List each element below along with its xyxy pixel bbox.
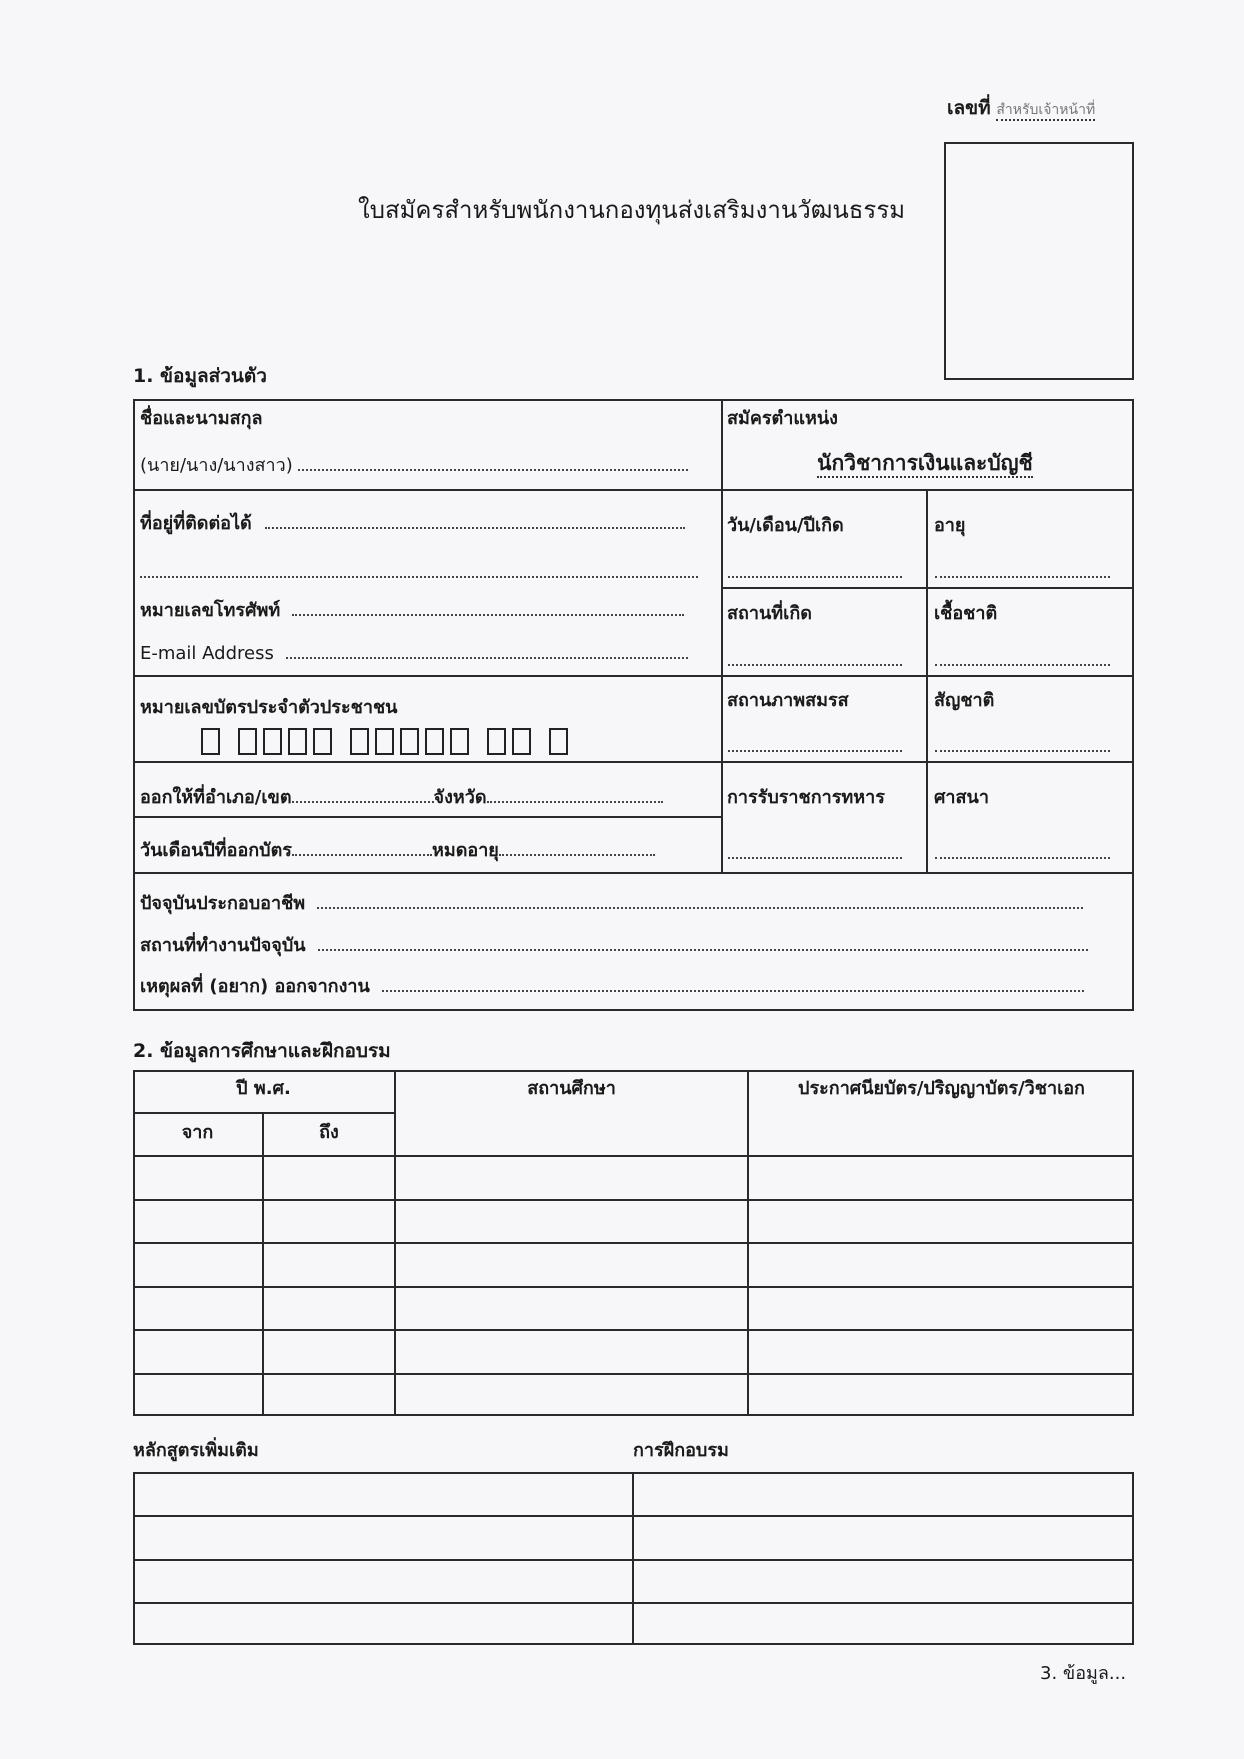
id-digit-group — [487, 728, 531, 759]
divider — [926, 490, 928, 873]
education-cell-from[interactable] — [135, 1252, 262, 1284]
issued-at-field[interactable]: ออกให้ที่อำเภอ/เขตจังหวัด — [140, 787, 663, 809]
reference-label: เลขที่ — [947, 97, 991, 119]
training-cell-training[interactable] — [634, 1567, 1134, 1600]
divider — [133, 1602, 1134, 1604]
race-label: เชื้อชาติ — [934, 603, 997, 625]
id-digit-box[interactable] — [263, 728, 282, 755]
education-cell-to[interactable] — [264, 1165, 394, 1197]
position-label: สมัครตำแหน่ง — [727, 408, 838, 430]
military-service-field[interactable] — [728, 844, 902, 863]
id-digit-box[interactable] — [313, 728, 332, 755]
education-cell-institution[interactable] — [396, 1339, 747, 1371]
education-cell-degree[interactable] — [749, 1383, 1134, 1415]
col-header-year: ปี พ.ศ. — [133, 1078, 394, 1100]
education-cell-institution[interactable] — [396, 1209, 747, 1241]
issue-date-field[interactable]: วันเดือนปีที่ออกบัตรหมดอายุ — [140, 840, 655, 862]
divider — [133, 675, 1134, 677]
divider — [133, 761, 1134, 763]
military-service-label: การรับราชการทหาร — [727, 787, 885, 809]
address-label: ที่อยู่ที่ติดต่อได้ — [140, 513, 252, 534]
id-card-label: หมายเลขบัตรประจำตัวประชาชน — [140, 697, 397, 719]
name-prefix: (นาย/นาง/นางสาว) — [140, 455, 293, 476]
divider — [133, 816, 723, 818]
continued-note: 3. ข้อมูล... — [1040, 1663, 1126, 1685]
occupation-label: ปัจจุบันประกอบอาชีพ — [140, 893, 305, 914]
id-digit-group — [350, 728, 469, 759]
divider — [133, 1515, 1134, 1517]
page-title: ใบสมัครสำหรับพนักงานกองทุนส่งเสริมงานวัฒ… — [358, 195, 905, 225]
phone-field[interactable]: หมายเลขโทรศัพท์ — [140, 600, 684, 622]
race-field[interactable] — [935, 651, 1110, 670]
id-digit-box[interactable] — [487, 728, 506, 755]
training-cell-course[interactable] — [135, 1610, 632, 1643]
divider — [133, 872, 1134, 874]
email-field[interactable]: E-mail Address — [140, 643, 688, 665]
education-cell-institution[interactable] — [396, 1296, 747, 1328]
id-digit-box[interactable] — [512, 728, 531, 755]
reference-field[interactable]: สำหรับเจ้าหน้าที่ — [996, 102, 1095, 121]
divider — [721, 587, 1134, 589]
education-cell-from[interactable] — [135, 1339, 262, 1371]
education-cell-from[interactable] — [135, 1296, 262, 1328]
education-cell-institution[interactable] — [396, 1383, 747, 1415]
divider — [133, 489, 1134, 491]
age-label: อายุ — [934, 515, 965, 537]
col-header-institution: สถานศึกษา — [396, 1078, 747, 1100]
education-cell-to[interactable] — [264, 1339, 394, 1371]
training-table — [133, 1472, 1134, 1645]
training-cell-training[interactable] — [634, 1610, 1134, 1643]
col-header-to: ถึง — [264, 1122, 394, 1144]
religion-label: ศาสนา — [934, 787, 989, 809]
nationality-label: สัญชาติ — [934, 690, 994, 712]
divider — [133, 1155, 1134, 1157]
nationality-field[interactable] — [935, 737, 1110, 756]
birthplace-field[interactable] — [728, 651, 902, 670]
id-digit-group — [549, 728, 568, 759]
education-cell-from[interactable] — [135, 1165, 262, 1197]
phone-label: หมายเลขโทรศัพท์ — [140, 600, 280, 621]
id-digit-box[interactable] — [375, 728, 394, 755]
name-field[interactable]: (นาย/นาง/นางสาว) — [140, 455, 688, 477]
id-digit-box[interactable] — [549, 728, 568, 755]
address-field[interactable]: ที่อยู่ที่ติดต่อได้ — [140, 513, 685, 535]
address-field-line-2[interactable] — [140, 563, 698, 582]
education-cell-to[interactable] — [264, 1252, 394, 1284]
education-cell-degree[interactable] — [749, 1209, 1134, 1241]
divider — [133, 1373, 1134, 1375]
email-label: E-mail Address — [140, 643, 274, 664]
education-cell-institution[interactable] — [396, 1252, 747, 1284]
expiry-label: หมดอายุ — [432, 840, 499, 861]
name-label: ชื่อและนามสกุล — [140, 408, 263, 430]
education-cell-degree[interactable] — [749, 1296, 1134, 1328]
section-2-heading: 2. ข้อมูลการศึกษาและฝึกอบรม — [133, 1040, 391, 1062]
id-digit-box[interactable] — [201, 728, 220, 755]
position-field[interactable]: นักวิชาการเงินและบัญชี — [760, 450, 1090, 476]
marital-status-label: สถานภาพสมรส — [727, 690, 849, 712]
id-digit-box[interactable] — [400, 728, 419, 755]
training-cell-course[interactable] — [135, 1480, 632, 1513]
education-cell-from[interactable] — [135, 1383, 262, 1415]
id-digit-group — [201, 728, 220, 759]
leave-reason-label: เหตุผลที่ (อยาก) ออกจากงาน — [140, 976, 370, 997]
reference-number: เลขที่ สำหรับเจ้าหน้าที่ — [947, 97, 1095, 121]
religion-field[interactable] — [935, 844, 1110, 863]
divider — [721, 399, 723, 873]
id-digit-box[interactable] — [238, 728, 257, 755]
education-table: ปี พ.ศ. จาก ถึง สถานศึกษา ประกาศนียบัตร/… — [133, 1070, 1134, 1416]
id-card-input[interactable] — [201, 728, 586, 759]
col-header-from: จาก — [133, 1122, 262, 1144]
training-cell-training[interactable] — [634, 1523, 1134, 1556]
education-cell-degree[interactable] — [749, 1252, 1134, 1284]
application-form-page: เลขที่ สำหรับเจ้าหน้าที่ ใบสมัครสำหรับพน… — [0, 0, 1244, 1759]
id-digit-box[interactable] — [425, 728, 444, 755]
id-digit-box[interactable] — [350, 728, 369, 755]
province-label: จังหวัด — [434, 787, 487, 808]
issued-district-label: ออกให้ที่อำเภอ/เขต — [140, 787, 292, 808]
education-cell-institution[interactable] — [396, 1165, 747, 1197]
divider — [133, 1199, 1134, 1201]
education-cell-to[interactable] — [264, 1209, 394, 1241]
birthplace-label: สถานที่เกิด — [727, 603, 812, 625]
training-cell-course[interactable] — [135, 1567, 632, 1600]
extra-courses-label: หลักสูตรเพิ่มเติม — [133, 1440, 259, 1462]
position-value: นักวิชาการเงินและบัญชี — [817, 451, 1033, 478]
col-header-degree: ประกาศนียบัตร/ปริญญาบัตร/วิชาเอก — [749, 1078, 1134, 1100]
photo-box[interactable] — [944, 142, 1134, 380]
divider — [133, 1559, 1134, 1561]
id-digit-group — [238, 728, 332, 759]
marital-status-field[interactable] — [728, 737, 902, 756]
training-label: การฝึกอบรม — [633, 1440, 729, 1462]
divider — [133, 1286, 1134, 1288]
section-1-heading: 1. ข้อมูลส่วนตัว — [133, 365, 267, 387]
age-field[interactable] — [935, 563, 1110, 582]
dob-label: วัน/เดือน/ปีเกิด — [727, 515, 844, 537]
workplace-field[interactable]: สถานที่ทำงานปัจจุบัน — [140, 935, 1088, 957]
divider — [133, 1242, 1134, 1244]
issue-date-label: วันเดือนปีที่ออกบัตร — [140, 840, 292, 861]
education-cell-to[interactable] — [264, 1296, 394, 1328]
education-cell-degree[interactable] — [749, 1165, 1134, 1197]
workplace-label: สถานที่ทำงานปัจจุบัน — [140, 935, 306, 956]
education-cell-from[interactable] — [135, 1209, 262, 1241]
id-digit-box[interactable] — [450, 728, 469, 755]
training-cell-training[interactable] — [634, 1480, 1134, 1513]
divider — [133, 1112, 395, 1114]
training-cell-course[interactable] — [135, 1523, 632, 1556]
divider — [133, 1329, 1134, 1331]
education-cell-to[interactable] — [264, 1383, 394, 1415]
leave-reason-field[interactable]: เหตุผลที่ (อยาก) ออกจากงาน — [140, 976, 1084, 998]
occupation-field[interactable]: ปัจจุบันประกอบอาชีพ — [140, 893, 1083, 915]
id-digit-box[interactable] — [288, 728, 307, 755]
dob-field[interactable] — [728, 563, 902, 582]
education-cell-degree[interactable] — [749, 1339, 1134, 1371]
